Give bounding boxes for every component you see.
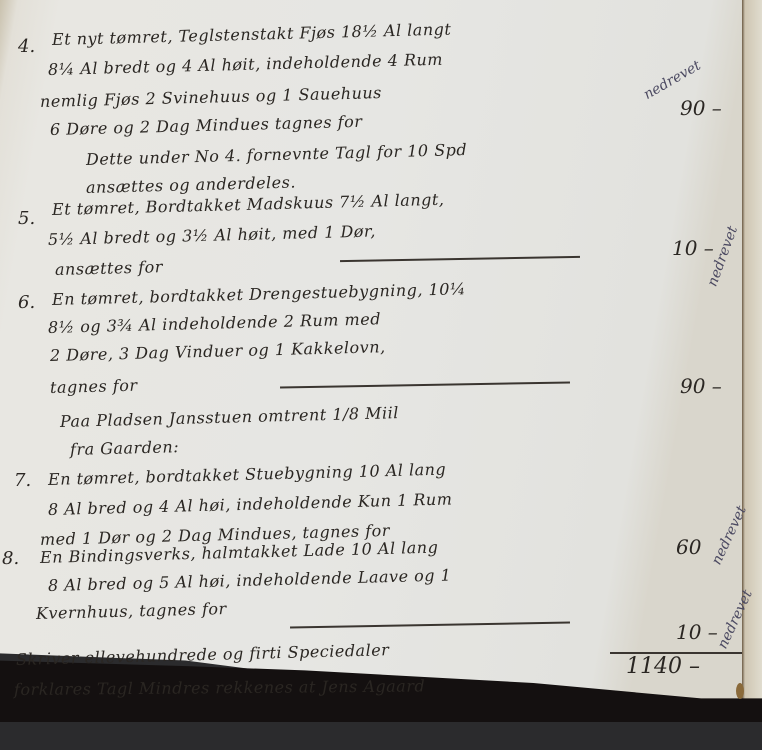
entry-amount: 10 –: [672, 236, 714, 260]
paper-hole: [736, 683, 744, 699]
entry-line: ansættes for: [55, 257, 163, 279]
entry-number: 4.: [18, 36, 35, 57]
entry-amount: 10 –: [676, 620, 718, 644]
section-heading: fra Gaarden:: [70, 437, 180, 459]
entry-line: tagnes for: [50, 376, 138, 397]
entry-number: 5.: [18, 208, 35, 229]
entry-amount: 90 –: [680, 96, 722, 120]
total-amount: 1140 –: [626, 654, 700, 679]
entry-amount: 60: [676, 535, 701, 559]
total-text-line: forklares Tagl Mindres rekkenes at Jens …: [14, 676, 425, 699]
footer-bar: [0, 722, 762, 750]
entry-number: 7.: [14, 470, 31, 491]
entry-number: 8.: [2, 548, 19, 569]
entry-amount: 90 –: [680, 374, 722, 398]
entry-number: 6.: [18, 292, 35, 313]
